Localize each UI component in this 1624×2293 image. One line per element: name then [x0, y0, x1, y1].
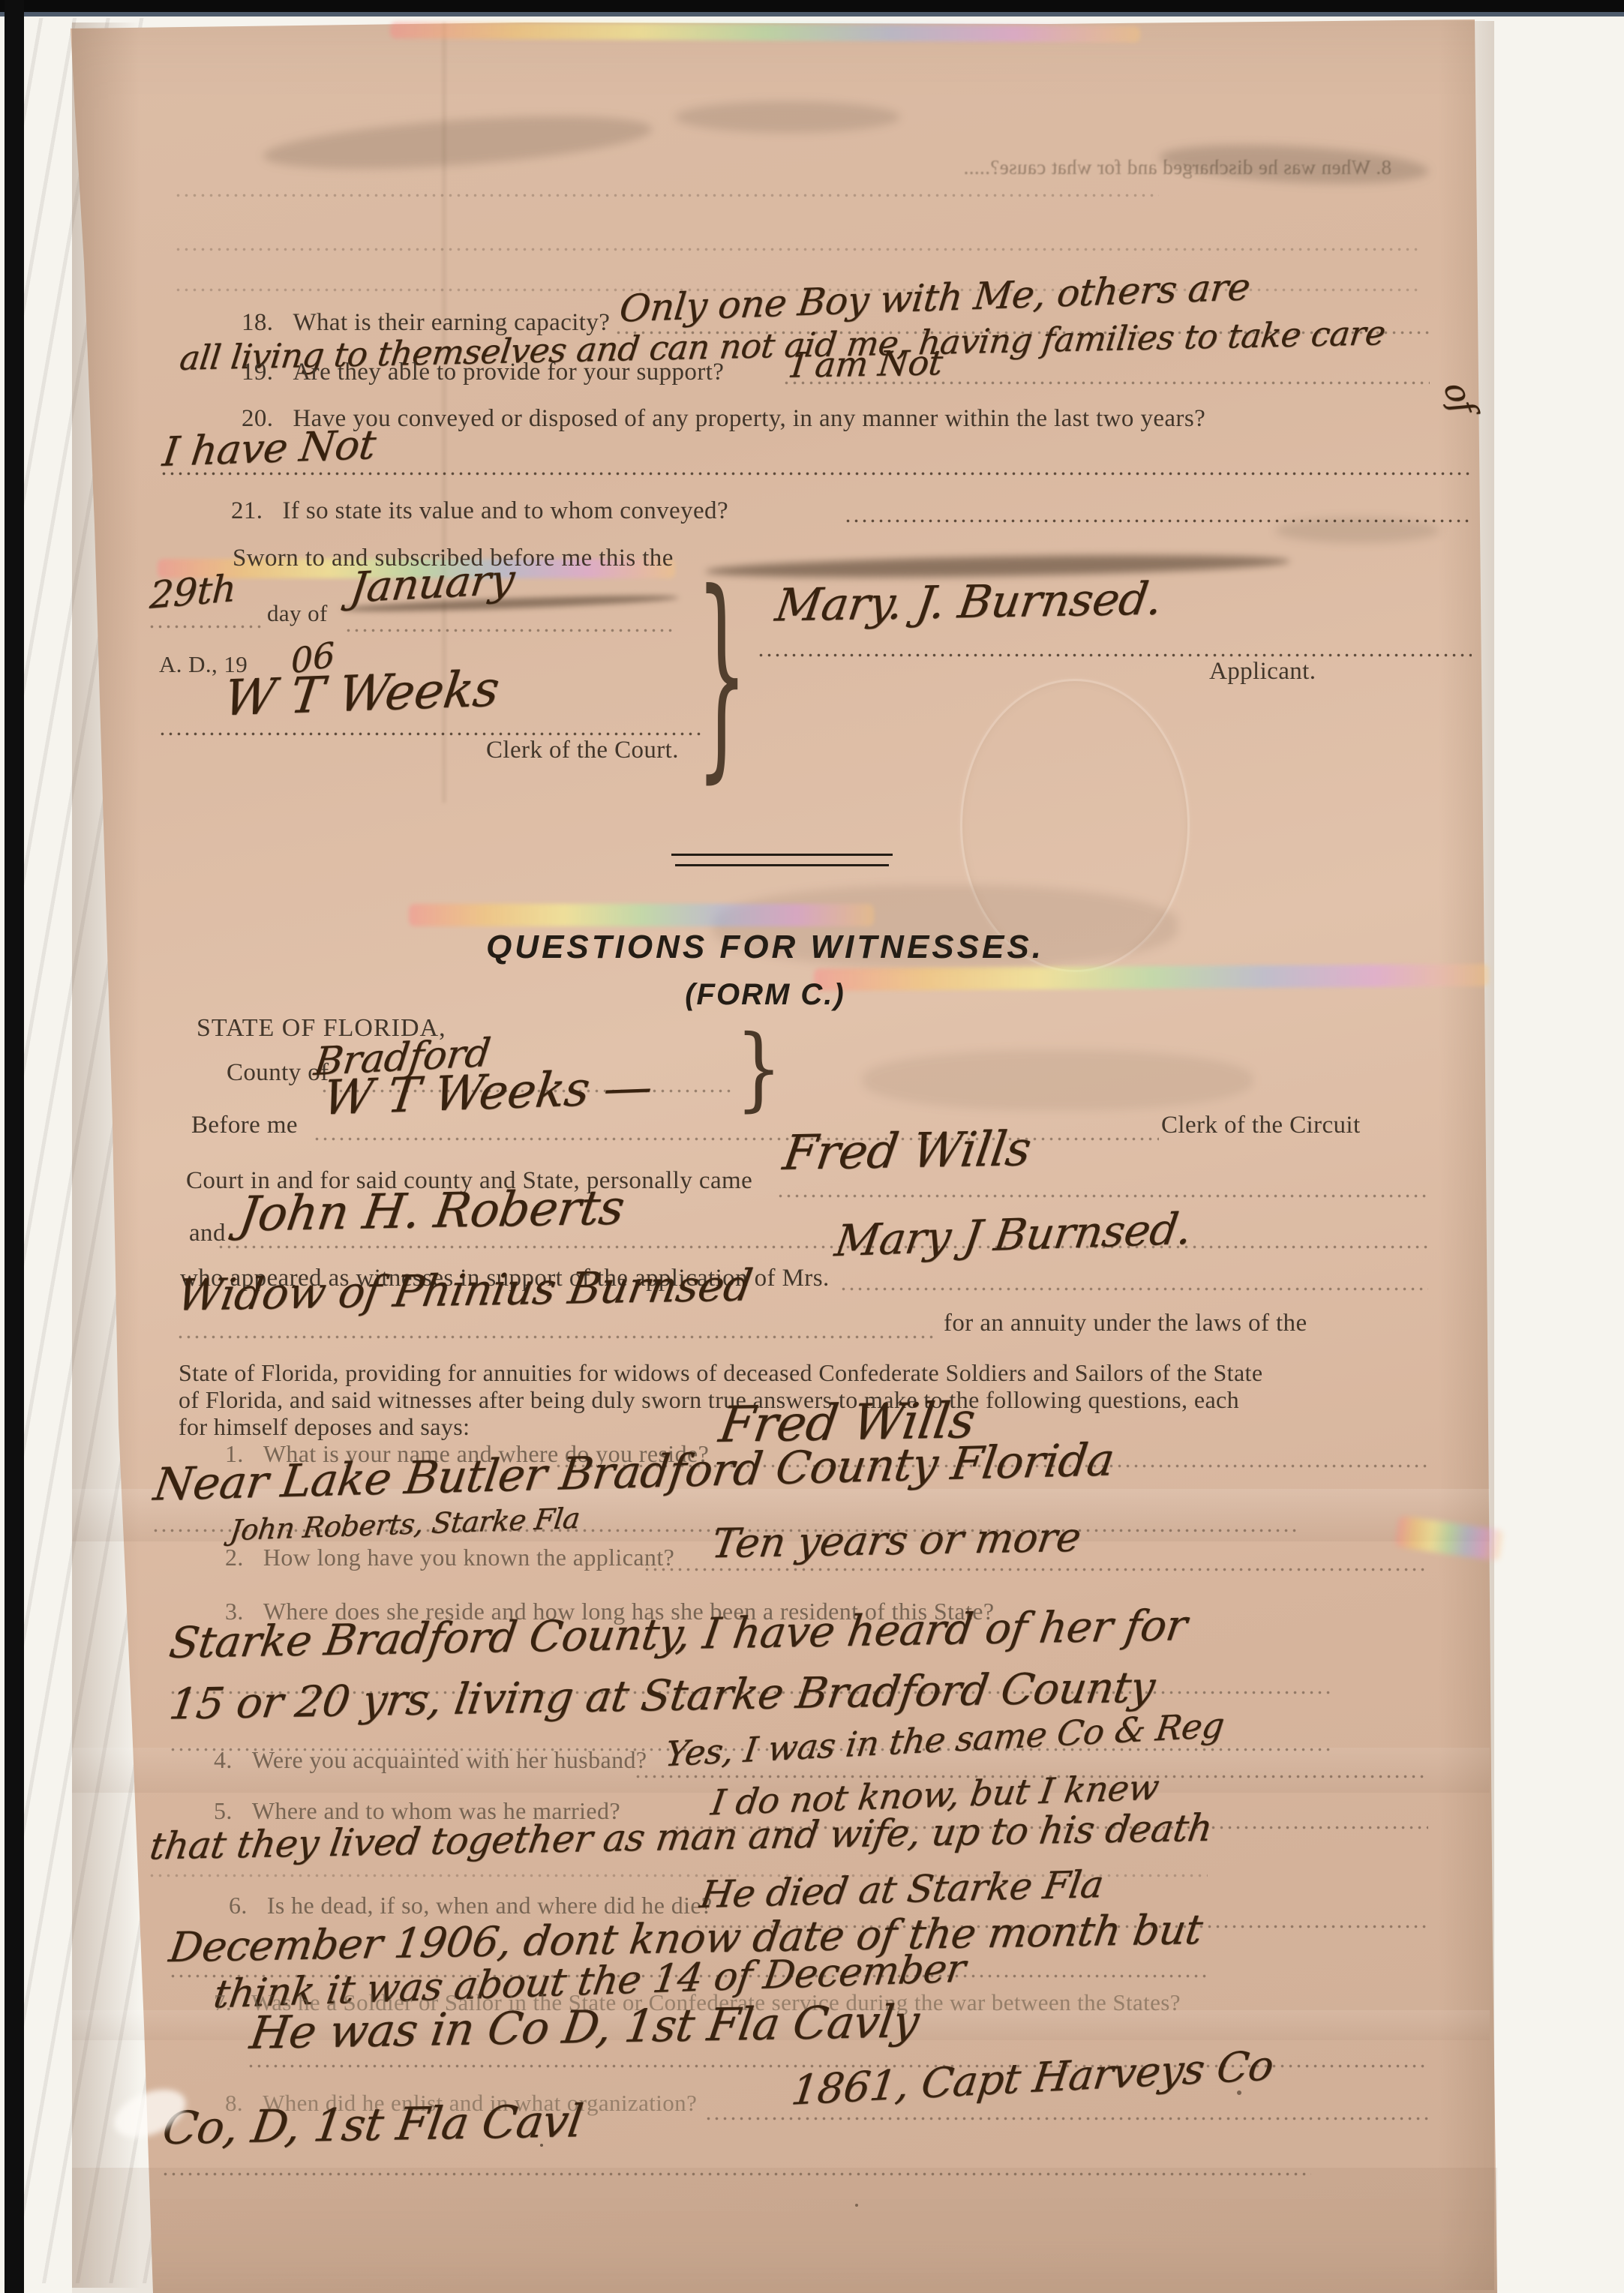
- dotted-rule: [161, 732, 704, 736]
- preamble-line3: for himself deposes and says:: [179, 1413, 470, 1441]
- ink-bleed-smudge: [675, 101, 900, 133]
- witness2-name: John H. Roberts: [236, 1181, 627, 1243]
- answer-19: I am Not: [789, 342, 944, 385]
- question-19: 19.Are they able to provide for your sup…: [242, 359, 724, 386]
- dotted-rule: [759, 653, 1472, 657]
- clerk-signature: W T Weeks: [221, 660, 502, 728]
- question-number: 18.: [242, 309, 293, 336]
- question-number: 2.: [225, 1544, 263, 1571]
- question-number: 21.: [231, 497, 282, 524]
- sworn-day: 29th: [149, 566, 237, 617]
- scan-frame-left: [5, 0, 24, 2293]
- dotted-rule: [150, 625, 261, 629]
- question-text: Are they able to provide for your suppor…: [293, 359, 724, 386]
- dotted-rule: [219, 1245, 1428, 1249]
- preamble-line1: State of Florida, providing for annuitie…: [179, 1359, 1262, 1387]
- question-text: How long have you known the applicant?: [263, 1544, 674, 1571]
- question-number: 5.: [214, 1797, 252, 1824]
- question-number: 6.: [229, 1892, 267, 1919]
- signature-brace: }: [696, 548, 748, 803]
- dotted-rule: [179, 1335, 936, 1339]
- applicant-signature: Mary. J. Burnsed.: [772, 573, 1165, 632]
- dotted-rule: [315, 1137, 1159, 1141]
- question-21: 21.If so state its value and to whom con…: [231, 497, 728, 525]
- witness1-name: Fred Wills: [779, 1121, 1034, 1181]
- dotted-rule: [842, 1287, 1428, 1291]
- preamble-line2: of Florida, and said witnesses after bei…: [179, 1386, 1239, 1414]
- clerk-of-circuit-label: Clerk of the Circuit: [1161, 1112, 1361, 1139]
- clerk-of-court-label: Clerk of the Court.: [486, 737, 679, 764]
- sleeve-glint: [409, 904, 874, 926]
- question-number: 4.: [214, 1746, 252, 1773]
- dotted-rule: [846, 519, 1469, 523]
- dotted-rule: [785, 381, 1430, 385]
- ink-bleed-smudge: [863, 1050, 1253, 1110]
- question-text: If so state its value and to whom convey…: [282, 497, 728, 524]
- question-number: 7.: [214, 1989, 251, 2015]
- question-4: 4.Were you acquainted with her husband?: [214, 1746, 647, 1774]
- question-2: 2.How long have you known the applicant?: [225, 1544, 674, 1571]
- answer-20: I have Not: [160, 421, 378, 476]
- dotted-rule: [162, 472, 1471, 476]
- annuity-line: for an annuity under the laws of the: [944, 1310, 1307, 1337]
- question-number: 19.: [242, 359, 293, 386]
- question-20: 20.Have you conveyed or disposed of any …: [242, 405, 1205, 433]
- question-text: Have you conveyed or disposed of any pro…: [293, 405, 1205, 432]
- dust-specks: [540, 2144, 543, 2147]
- form-c-subheading: (FORM C.): [473, 978, 1058, 1012]
- dotted-rule: [176, 194, 1159, 197]
- dotted-rule: [176, 248, 1421, 251]
- and-label: and: [189, 1220, 226, 1247]
- before-me-signature: W T Weeks —: [320, 1059, 655, 1126]
- scan-frame-top-blue: [0, 12, 1624, 17]
- scanned-document-page: 8. When was he discharged and for what c…: [0, 0, 1624, 2293]
- answer-2: Ten years or more: [709, 1514, 1084, 1568]
- before-me-label: Before me: [191, 1112, 298, 1139]
- dotted-rule: [707, 2117, 1428, 2120]
- day-of-label: day of: [267, 600, 328, 627]
- scan-frame-top: [0, 0, 1624, 12]
- dotted-rule: [645, 1568, 1428, 1571]
- widow-of-value: Widow of Phinius Burnsed: [173, 1259, 755, 1320]
- county-brace: }: [735, 1016, 782, 1122]
- dotted-rule: [779, 1194, 1430, 1198]
- witnesses-heading: QUESTIONS FOR WITNESSES.: [473, 929, 1058, 966]
- answer-8-line2: Co, D, 1st Fla Cavl: [159, 2095, 586, 2155]
- applicant-label: Applicant.: [1209, 658, 1316, 686]
- question-text: Were you acquainted with her husband?: [252, 1746, 647, 1773]
- dotted-rule: [164, 2172, 1311, 2176]
- dotted-rule: [347, 629, 677, 632]
